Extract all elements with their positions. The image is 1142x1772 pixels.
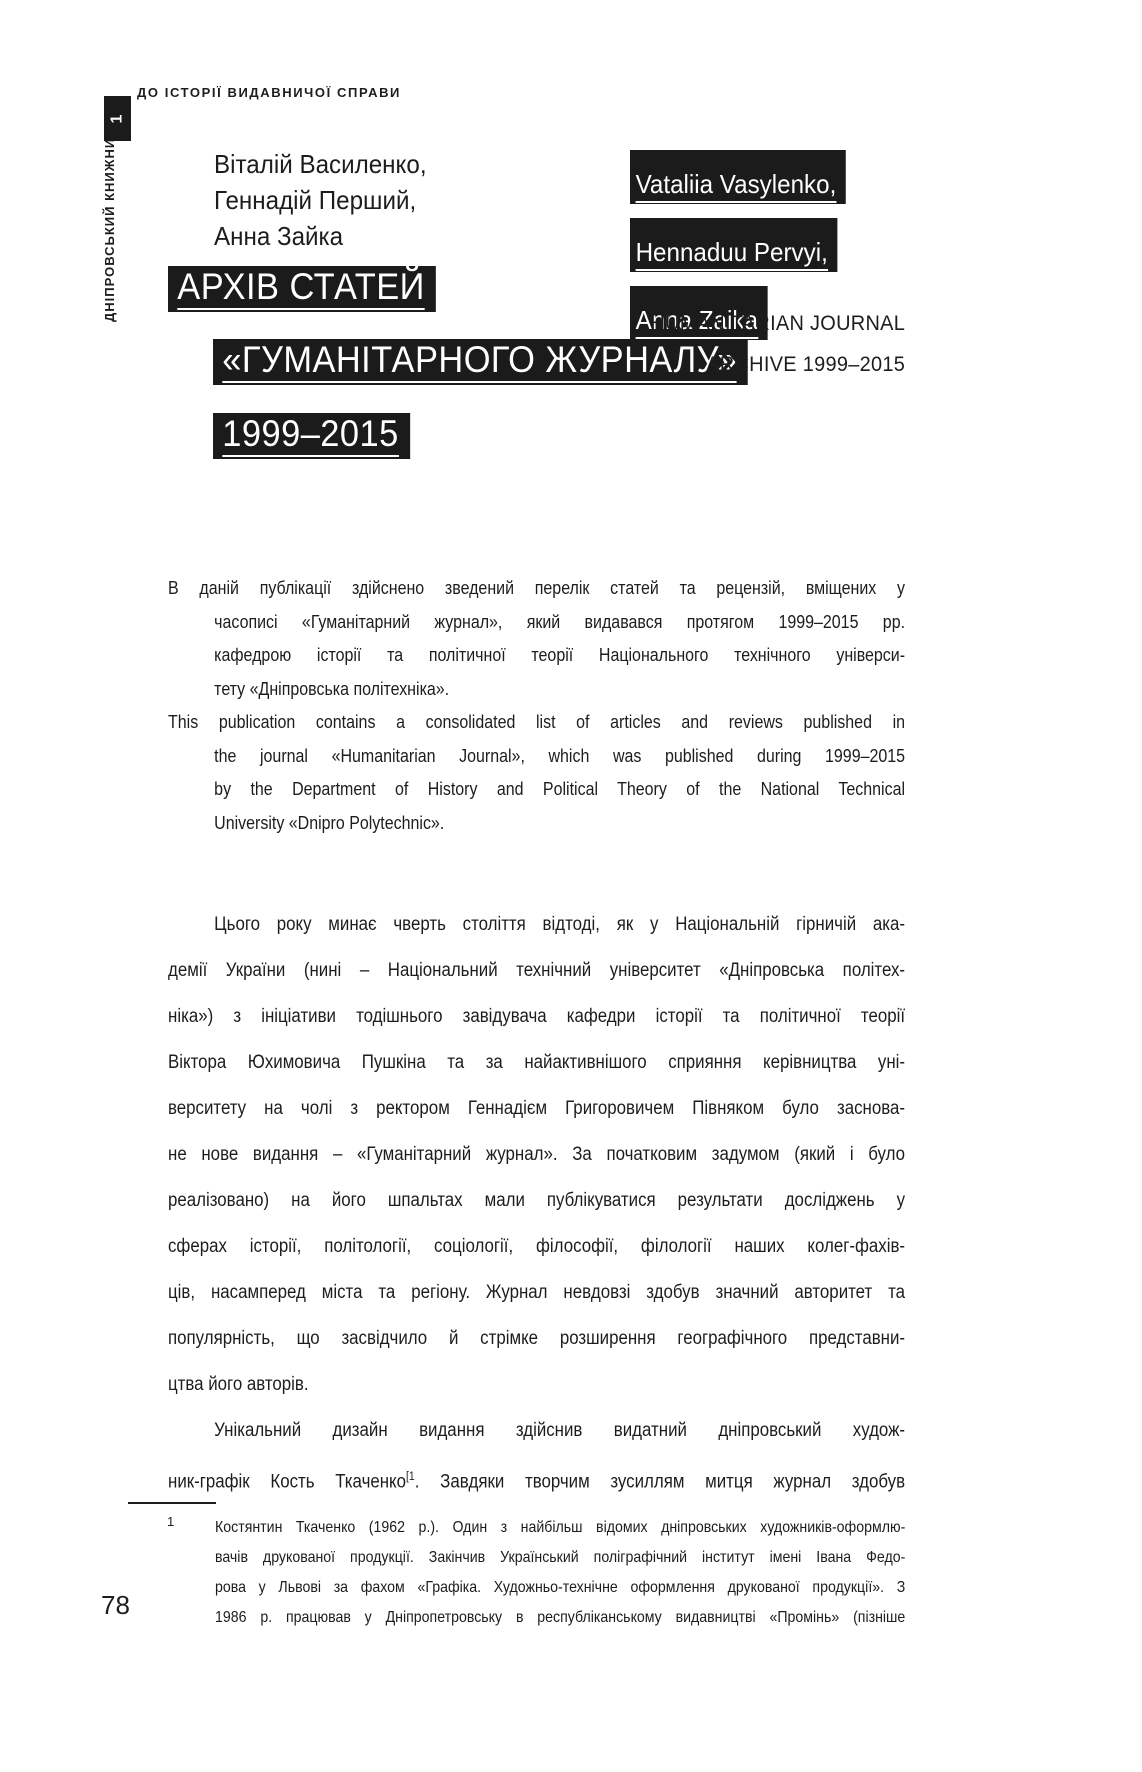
footnote-line: вачів друкованої продукції. Закінчив Укр… [215, 1543, 905, 1573]
abstract-line: кафедрою історії та політичної теорії На… [168, 639, 905, 673]
body-line: верситету на чолі з ректором Геннадієм Г… [168, 1086, 905, 1132]
body-line-with-footnote-ref: ник-графік Кость Ткаченко[1. Завдяки тво… [168, 1454, 905, 1505]
body-text: Цього року минає чверть століття відтоді… [168, 902, 905, 1505]
abstract-line: В даній публікації здійснено зведений пе… [168, 572, 905, 606]
title-en: HUMANITARIAN JOURNAL ARCHIVE 1999–2015 [650, 303, 905, 385]
journal-page: 1 ДНІПРОВСЬКИЙ КНИЖНИК ДО ІСТОРІЇ ВИДАВН… [0, 0, 1142, 1772]
body-line: Унікальний дизайн видання здійснив видат… [168, 1408, 905, 1454]
title-en-line-2: ARCHIVE 1999–2015 [650, 344, 905, 385]
author-uk-3: Анна Зайка [214, 218, 427, 254]
body-line: Віктора Юхимовича Пушкіна та за найактив… [168, 1040, 905, 1086]
footnote-marker: 1 [167, 1514, 174, 1529]
author-en-1: Vataliia Vasylenko, [630, 150, 846, 204]
title-uk-line-1: АРХІВ СТАТЕЙ [168, 266, 436, 312]
abstract-line: тету «Дніпровська політехніка». [168, 673, 905, 707]
page-number: 78 [101, 1590, 130, 1621]
body-line: демії України (нині – Національний техні… [168, 948, 905, 994]
abstract-line: часописі «Гуманітарний журнал», який вид… [168, 606, 905, 640]
footnote-reference: [1 [406, 1470, 415, 1483]
abstract-line: University «Dnipro Polytechnic». [168, 807, 905, 841]
footnote-line: рова у Львові за фахом «Графіка. Художнь… [215, 1573, 905, 1603]
body-line-text: . Завдяки творчим зусиллям митця журнал … [415, 1471, 905, 1492]
author-en-2: Hennaduu Pervyi, [630, 218, 837, 272]
body-line: сферах історії, політології, соціології,… [168, 1224, 905, 1270]
footnote-divider [128, 1502, 216, 1504]
abstract: В даній публікації здійснено зведений пе… [168, 572, 905, 840]
body-line-text: ник-графік Кость Ткаченко [168, 1471, 406, 1492]
title-en-line-1: HUMANITARIAN JOURNAL [650, 303, 905, 344]
body-line: ніка») з ініціативи тодішнього завідувач… [168, 994, 905, 1040]
series-title-vertical: ДНІПРОВСЬКИЙ КНИЖНИК [102, 142, 132, 322]
abstract-line: by the Department of History and Politic… [168, 773, 905, 807]
section-kicker: ДО ІСТОРІЇ ВИДАВНИЧОЇ СПРАВИ [137, 85, 401, 100]
abstract-line: This publication contains a consolidated… [168, 706, 905, 740]
body-line: реалізовано) на його шпальтах мали публі… [168, 1178, 905, 1224]
author-uk-2: Геннадій Перший, [214, 182, 427, 218]
authors-uk: Віталій Василенко, Геннадій Перший, Анна… [214, 146, 427, 254]
body-line: цтва його авторів. [168, 1362, 905, 1408]
body-line: популярність, що засвідчило й стрімке ро… [168, 1316, 905, 1362]
body-line: не нове видання – «Гуманітарний журнал».… [168, 1132, 905, 1178]
footnote-line: Костянтин Ткаченко (1962 р.). Один з най… [215, 1513, 905, 1543]
author-uk-1: Віталій Василенко, [214, 146, 427, 182]
footnote-line: 1986 р. працював у Дніпропетровську в ре… [215, 1603, 905, 1633]
body-line: ців, насамперед міста та регіону. Журнал… [168, 1270, 905, 1316]
abstract-line: the journal «Humanitarian Journal», whic… [168, 740, 905, 774]
series-number: 1 [109, 114, 127, 123]
footnote-text: Костянтин Ткаченко (1962 р.). Один з най… [215, 1513, 905, 1633]
body-line: Цього року минає чверть століття відтоді… [168, 902, 905, 948]
title-uk-line-3: 1999–2015 [213, 413, 410, 459]
